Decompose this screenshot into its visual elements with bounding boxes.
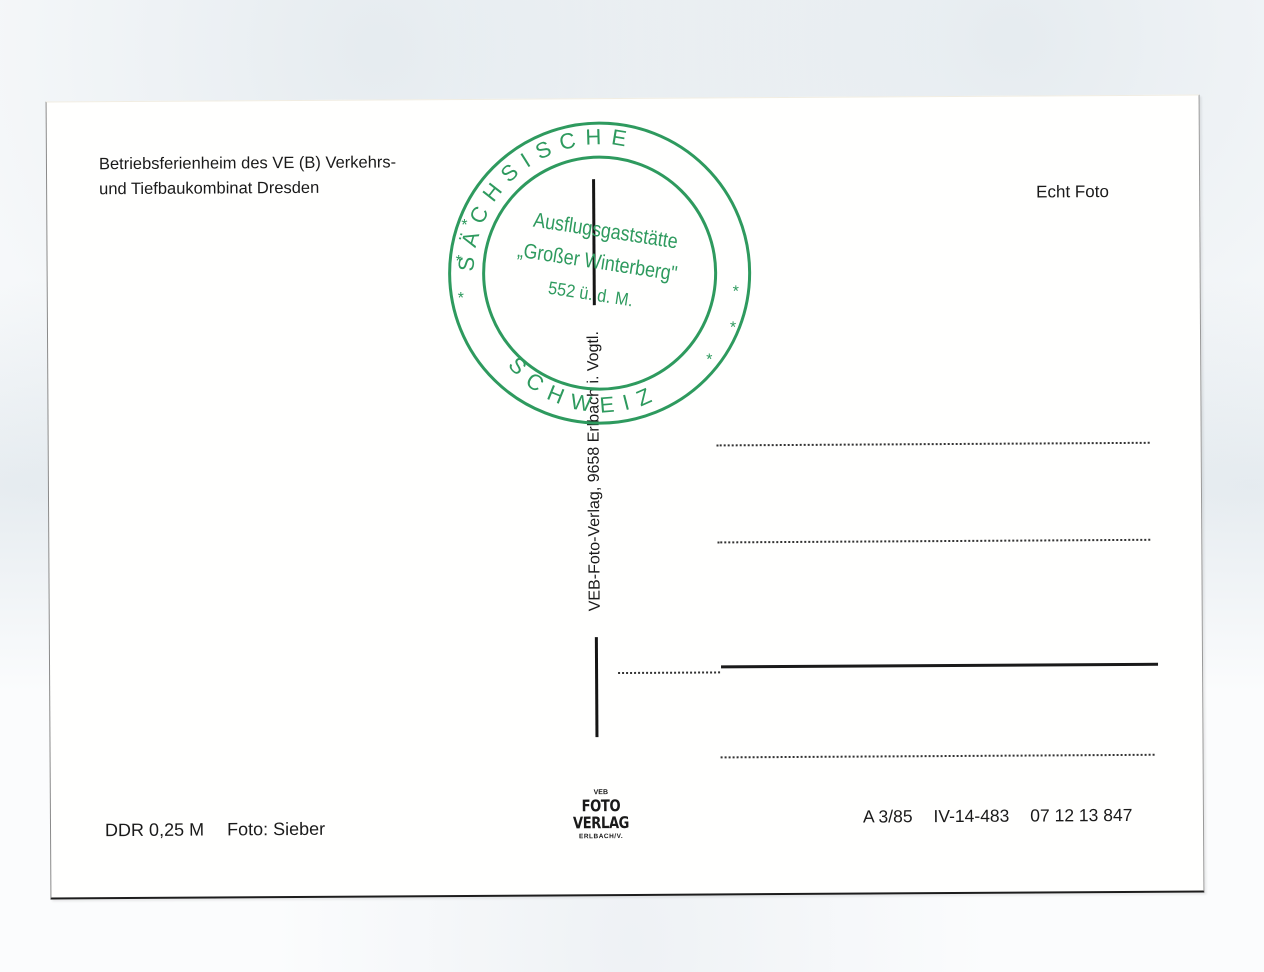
stamp-ring-bottom-text: SCHWEIZ <box>503 351 664 419</box>
license-code: IV-14-483 <box>933 806 1009 826</box>
address-line-4 <box>721 754 1155 759</box>
stamp-ornament-left-2: * <box>456 253 462 270</box>
card-number: 07 12 13 847 <box>1030 805 1132 826</box>
photographer-label: Foto: Sieber <box>227 819 325 840</box>
logo-place: ERLBACH/V. <box>556 833 646 842</box>
stamp-ornament-left-1: * <box>461 217 467 234</box>
card-codes: A 3/85 IV-14-483 07 12 13 847 <box>863 805 1133 828</box>
address-line-1 <box>717 442 1150 447</box>
card-title: Betriebsferienheim des VE (B) Verkehrs- … <box>99 150 396 202</box>
photo-type-label: Echt Foto <box>1036 182 1109 202</box>
postmark-stamp: SÄCHSISCHE SCHWEIZ Ausflugsgaststätte „G… <box>443 116 757 430</box>
postcard-back: Betriebsferienheim des VE (B) Verkehrs- … <box>46 94 1205 899</box>
address-line-3-solid <box>721 663 1158 669</box>
stamp-ornament-right-1: * <box>733 283 739 300</box>
address-line-3-dotted <box>618 671 720 674</box>
stamp-ornament-left-3: * <box>458 290 464 307</box>
price-label: DDR 0,25 M <box>105 820 204 841</box>
logo-main: FOTO VERLAG <box>564 797 638 831</box>
stamp-ornament-right-2: * <box>730 319 736 336</box>
stamp-center-line-3: 552 ü. d. M. <box>547 278 635 311</box>
center-divider-bottom <box>595 637 598 737</box>
card-title-line-1: Betriebsferienheim des VE (B) Verkehrs- <box>99 150 396 177</box>
stamp-graphic: SÄCHSISCHE SCHWEIZ Ausflugsgaststätte „G… <box>443 116 757 430</box>
card-title-line-2: und Tiefbaukombinat Dresden <box>99 175 396 202</box>
stamp-ornament-right-3: * <box>706 351 712 368</box>
price-and-photographer: DDR 0,25 M Foto: Sieber <box>105 819 325 841</box>
series-code: A 3/85 <box>863 806 913 826</box>
publisher-logo: VEB FOTO VERLAG ERLBACH/V. <box>556 789 646 842</box>
address-line-2 <box>717 539 1150 544</box>
